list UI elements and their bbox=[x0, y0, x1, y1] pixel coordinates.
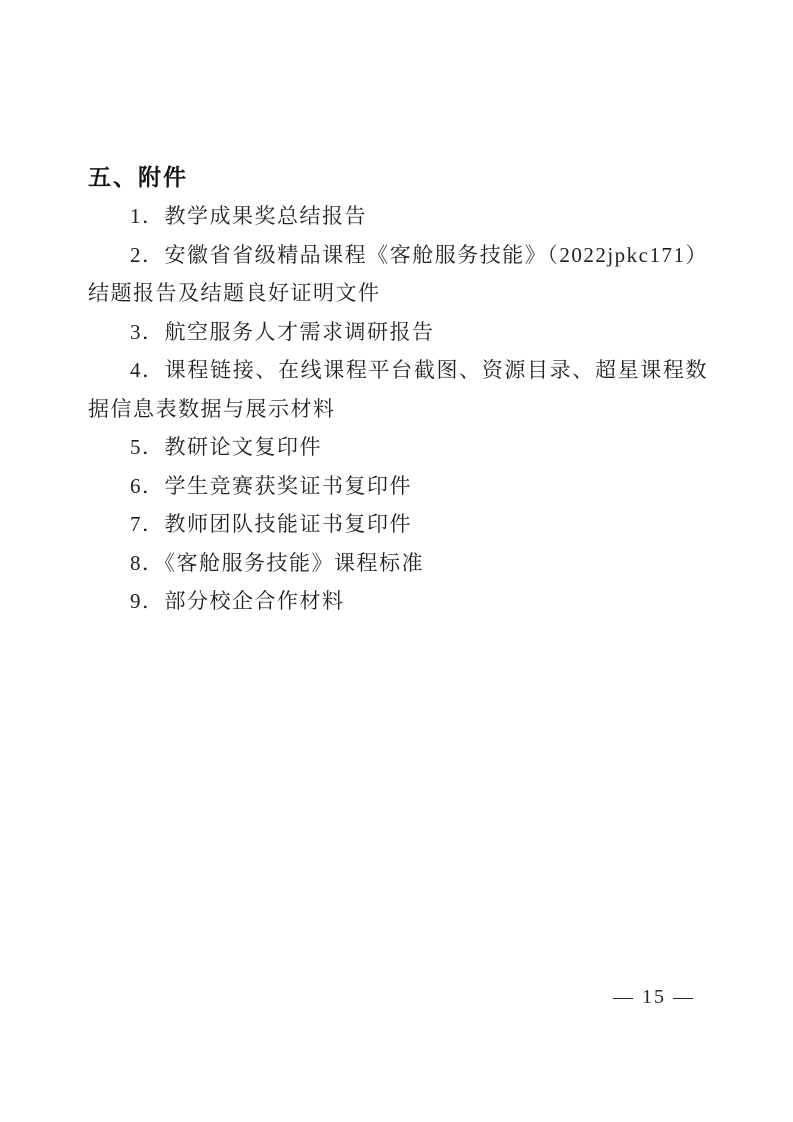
page-number: — 15 — bbox=[613, 986, 695, 1009]
document-page: 五、附件 1．教学成果奖总结报告 2．安徽省省级精品课程《客舱服务技能》（202… bbox=[0, 0, 793, 1122]
attachment-item-3: 3．航空服务人才需求调研报告 bbox=[88, 313, 708, 352]
attachment-item-1: 1．教学成果奖总结报告 bbox=[88, 197, 708, 236]
attachment-item-8: 8．《客舱服务技能》课程标准 bbox=[88, 544, 708, 583]
attachment-item-9: 9．部分校企合作材料 bbox=[88, 582, 708, 621]
attachment-item-6: 6．学生竞赛获奖证书复印件 bbox=[88, 467, 708, 506]
document-content: 五、附件 1．教学成果奖总结报告 2．安徽省省级精品课程《客舱服务技能》（202… bbox=[88, 158, 708, 621]
attachment-item-7: 7．教师团队技能证书复印件 bbox=[88, 505, 708, 544]
section-heading: 五、附件 bbox=[88, 158, 708, 197]
attachment-item-2: 2．安徽省省级精品课程《客舱服务技能》（2022jpkc171）结题报告及结题良… bbox=[88, 236, 708, 313]
attachment-item-4: 4．课程链接、在线课程平台截图、资源目录、超星课程数据信息表数据与展示材料 bbox=[88, 351, 708, 428]
attachment-item-5: 5．教研论文复印件 bbox=[88, 428, 708, 467]
